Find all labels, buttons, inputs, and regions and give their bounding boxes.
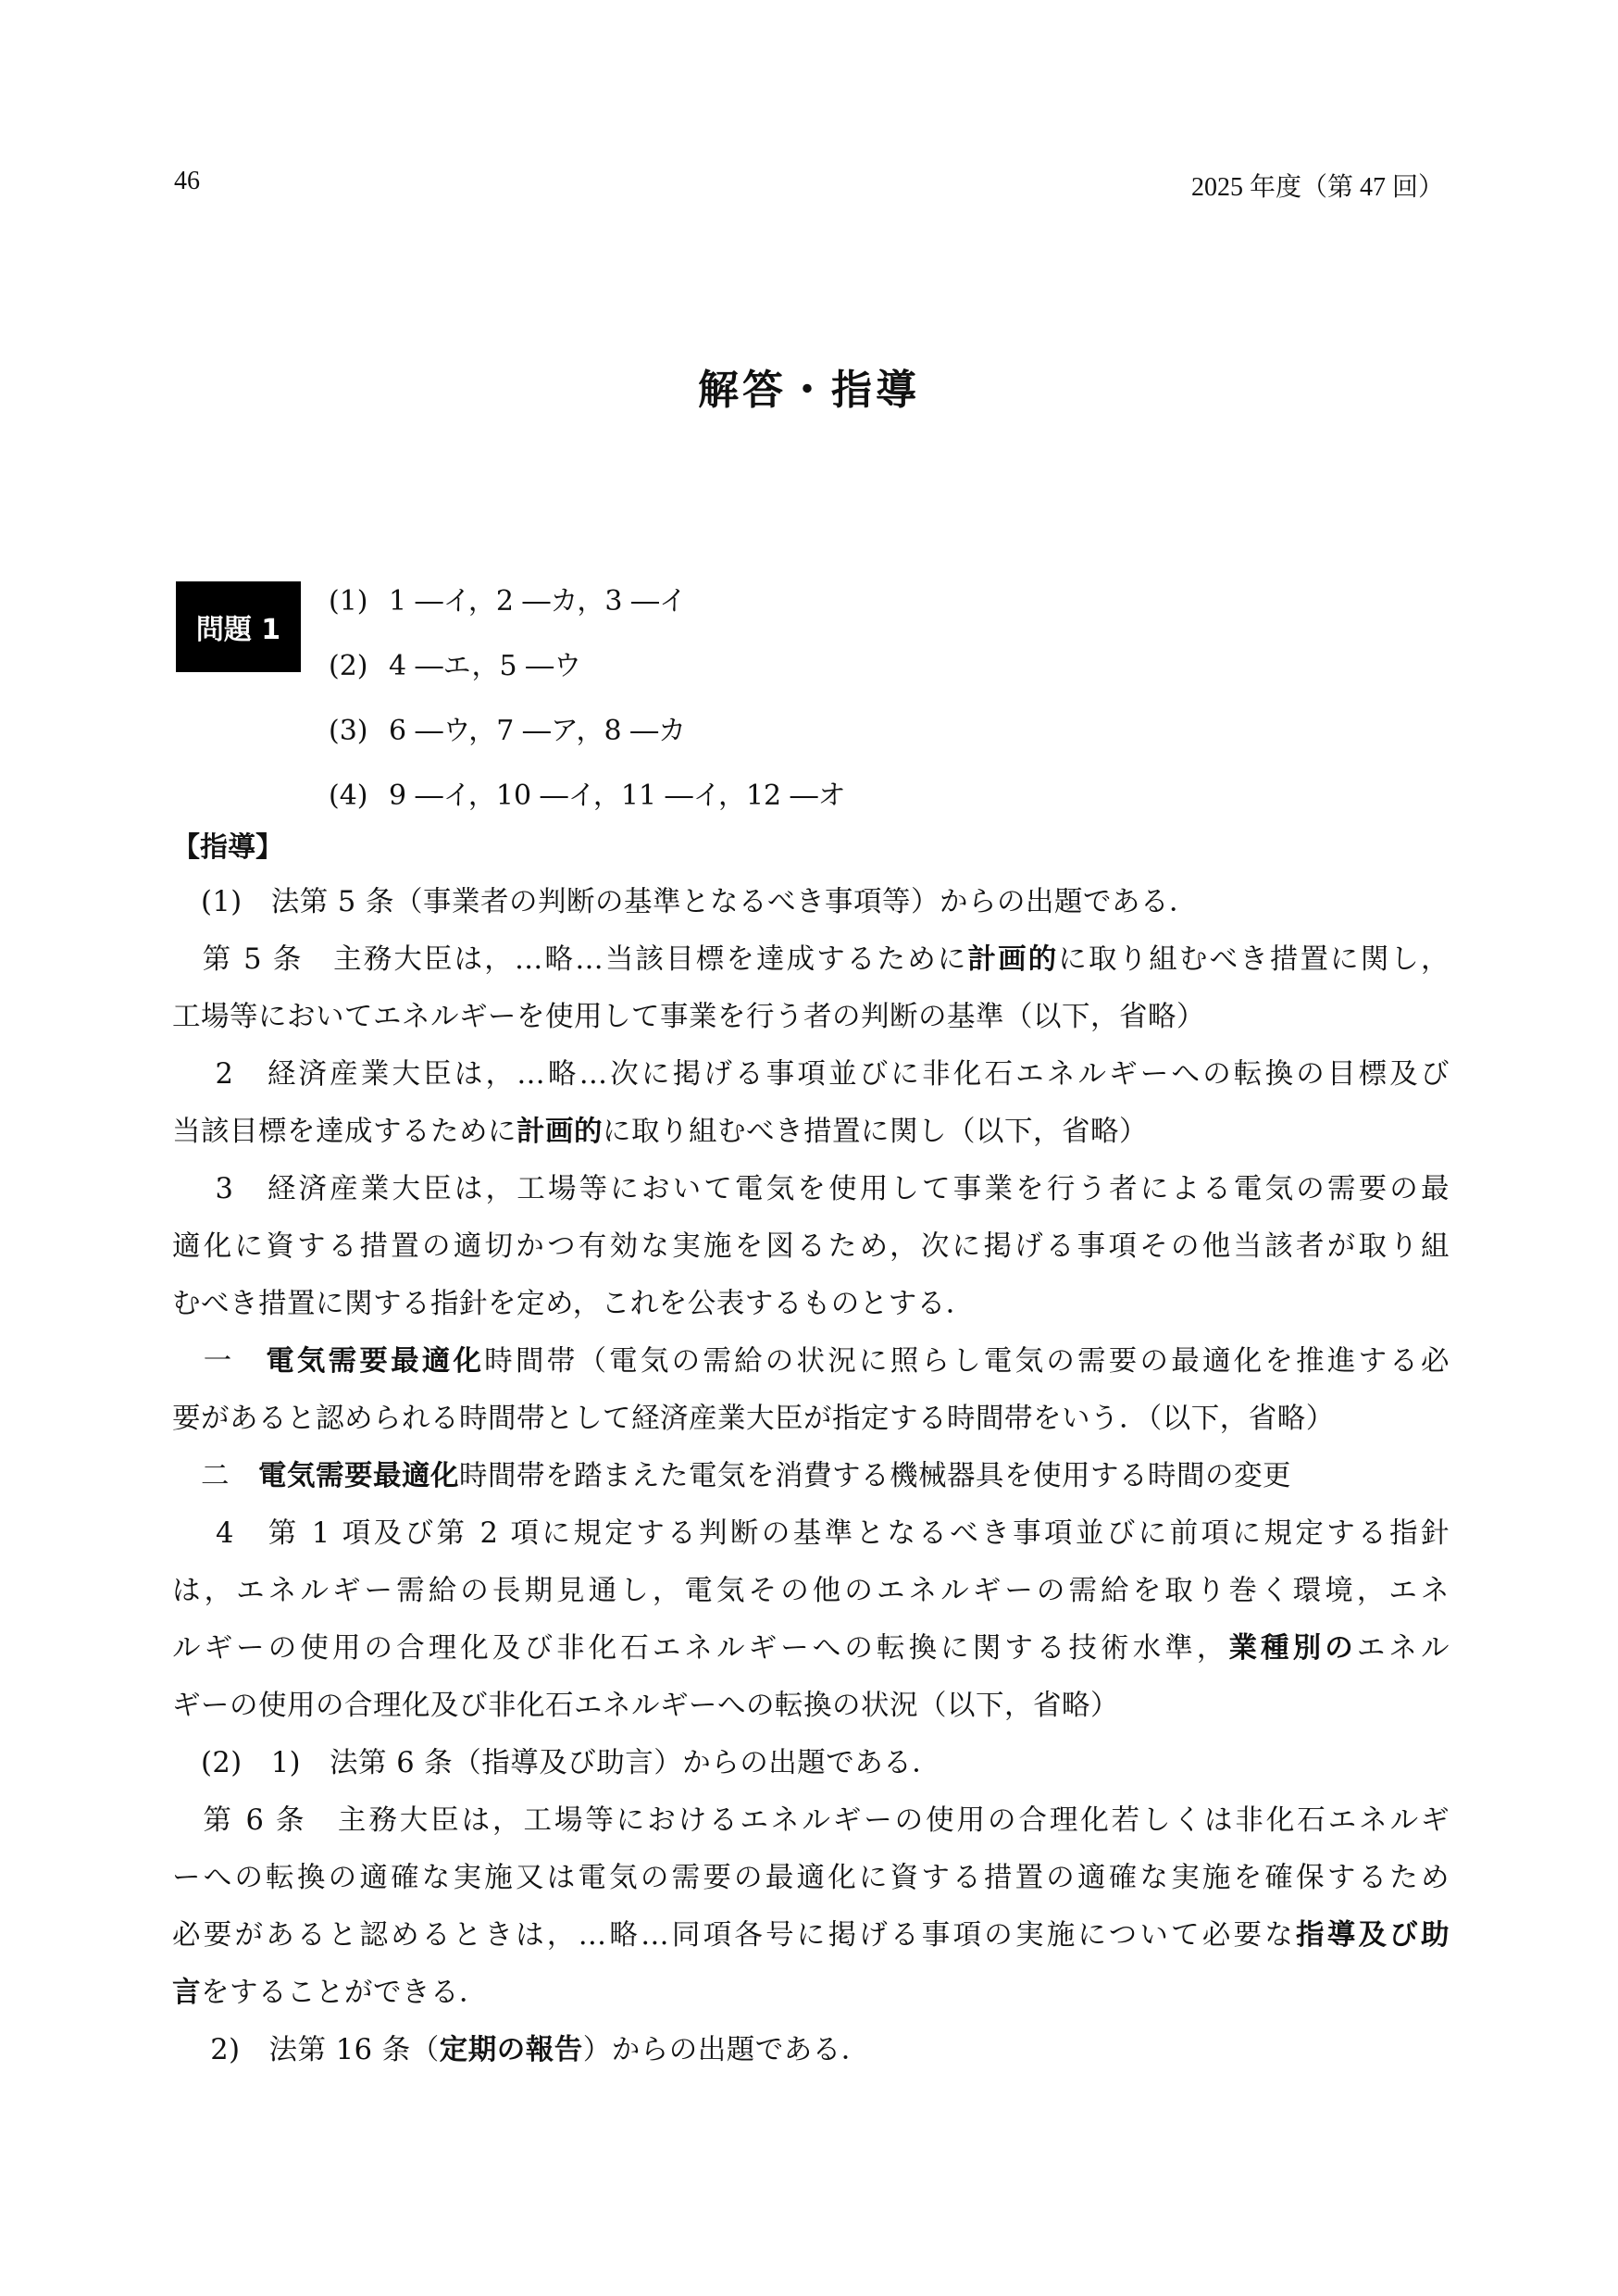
text-line: 工場等においてエネルギーを使用して事業を行う者の判断の基準（以下，省略） [172, 989, 1450, 1046]
text-run: エネル [1357, 1632, 1450, 1665]
text-line: 二 電気需要最適化時間帯を踏まえた電気を消費する機械器具を使用する時間の変更 [172, 1448, 1450, 1505]
text-run: 二 [172, 1460, 258, 1492]
text-run: 適化に資する措置の適切かつ有効な実施を図るため，次に掲げる事項その他当該者が取り… [172, 1230, 1450, 1263]
text-line: 2) 法第 16 条（定期の報告）からの出題である． [172, 2022, 1450, 2079]
emphasized-term: 電気需要最適化 [266, 1345, 484, 1378]
text-line: 3 経済産業大臣は，工場等において電気を使用して事業を行う者による電気の需要の最 [172, 1161, 1450, 1218]
text-run: 工場等においてエネルギーを使用して事業を行う者の判断の基準（以下，省略） [172, 1001, 1205, 1033]
emphasized-term: 計画的 [517, 1116, 603, 1148]
edition-label: 2025 年度（第 47 回） [1191, 167, 1444, 204]
text-line: は，エネルギー需給の長期見通し，電気その他のエネルギーの需給を取り巻く環境，エネ [172, 1563, 1450, 1620]
answer-text: 4 ―エ，5 ―ウ [389, 650, 581, 682]
guidance-heading: 【指導】 [172, 822, 1450, 874]
answer-text: 6 ―ウ，7 ―ア，8 ―カ [389, 715, 686, 747]
text-line: 一 電気需要最適化時間帯（電気の需給の状況に照らし電気の需要の最適化を推進する必 [172, 1333, 1450, 1391]
text-line: 言をすることができる． [172, 1965, 1450, 2022]
text-line: (1) 法第 5 条（事業者の判断の基準となるべき事項等）からの出題である． [172, 874, 1450, 931]
text-run: ルギーの使用の合理化及び非化石エネルギーへの転換に関する技術水準， [172, 1632, 1228, 1665]
emphasized-term: 指導及び助 [1296, 1919, 1450, 1952]
answer-text: 9 ―イ，10 ―イ，11 ―イ，12 ―オ [389, 780, 846, 812]
text-run: 4 第 1 項及び第 2 項に規定する判断の基準となるべき事項並びに前項に規定す… [172, 1517, 1450, 1550]
answer-row: (3)6 ―ウ，7 ―ア，8 ―カ [329, 708, 846, 773]
answer-number: (3) [329, 708, 389, 755]
text-line: 2 経済産業大臣は，…略…次に掲げる事項並びに非化石エネルギーへの転換の目標及び [172, 1046, 1450, 1104]
text-line: むべき措置に関する指針を定め，これを公表するものとする． [172, 1276, 1450, 1333]
answer-row: (2)4 ―エ，5 ―ウ [329, 643, 846, 708]
running-header: 46 2025 年度（第 47 回） [174, 167, 1444, 204]
emphasized-term: 言 [172, 1977, 201, 2009]
text-run: に取り組むべき措置に関し（以下，省略） [603, 1116, 1148, 1148]
text-run: に取り組むべき措置に関し， [1058, 943, 1450, 976]
text-run: 時間帯（電気の需給の状況に照らし電気の需要の最適化を推進する必 [484, 1345, 1450, 1378]
text-run: 必要があると認めるときは，…略…同項各号に掲げる事項の実施について必要な [172, 1919, 1296, 1952]
emphasized-term: 定期の報告 [440, 2034, 583, 2066]
text-line: 必要があると認めるときは，…略…同項各号に掲げる事項の実施について必要な指導及び… [172, 1907, 1450, 1965]
text-run: は，エネルギー需給の長期見通し，電気その他のエネルギーの需給を取り巻く環境，エネ [172, 1575, 1450, 1607]
answer-row: (1)1 ―イ，2 ―カ，3 ―イ [329, 579, 846, 643]
emphasized-term: 電気需要最適化 [258, 1460, 459, 1492]
text-line: ーへの転換の適確な実施又は電気の需要の最適化に資する措置の適確な実施を確保するた… [172, 1850, 1450, 1907]
text-run: 時間帯を踏まえた電気を消費する機械器具を使用する時間の変更 [459, 1460, 1291, 1492]
text-run: (2) 1) 法第 6 条（指導及び助言）からの出題である． [172, 1747, 940, 1779]
text-run: 一 [172, 1345, 266, 1378]
text-line: ギーの使用の合理化及び非化石エネルギーへの転換の状況（以下，省略） [172, 1678, 1450, 1735]
text-run: 2) 法第 16 条（ [172, 2034, 440, 2066]
text-run: をすることができる． [201, 1977, 488, 2009]
emphasized-term: 業種別の [1228, 1632, 1356, 1665]
text-run: ギーの使用の合理化及び非化石エネルギーへの転換の状況（以下，省略） [172, 1690, 1119, 1722]
page-number: 46 [174, 167, 200, 196]
guidance-body: (1) 法第 5 条（事業者の判断の基準となるべき事項等）からの出題である． 第… [172, 874, 1450, 2079]
text-line: 当該目標を達成するために計画的に取り組むべき措置に関し（以下，省略） [172, 1104, 1450, 1161]
answer-text: 1 ―イ，2 ―カ，3 ―イ [389, 585, 687, 618]
answer-number: (4) [329, 773, 389, 819]
page-title: 解答・指導 [0, 356, 1618, 416]
text-line: 第 6 条 主務大臣は，工場等におけるエネルギーの使用の合理化若しくは非化石エネ… [172, 1792, 1450, 1850]
text-line: ルギーの使用の合理化及び非化石エネルギーへの転換に関する技術水準，業種別のエネル [172, 1620, 1450, 1678]
emphasized-term: 計画的 [967, 943, 1058, 976]
answer-number: (2) [329, 643, 389, 690]
text-run: むべき措置に関する指針を定め，これを公表するものとする． [172, 1288, 975, 1320]
text-line: 要があると認められる時間帯として経済産業大臣が指定する時間帯をいう．（以下，省略… [172, 1391, 1450, 1448]
text-run: 当該目標を達成するために [172, 1116, 517, 1148]
text-run: ）からの出題である． [583, 2034, 870, 2066]
answer-list: (1)1 ―イ，2 ―カ，3 ―イ (2)4 ―エ，5 ―ウ (3)6 ―ウ，7… [329, 579, 846, 838]
text-line: 適化に資する措置の適切かつ有効な実施を図るため，次に掲げる事項その他当該者が取り… [172, 1218, 1450, 1276]
answer-number: (1) [329, 579, 389, 625]
text-run: 第 5 条 主務大臣は，…略…当該目標を達成するために [172, 943, 967, 976]
text-line: 第 5 条 主務大臣は，…略…当該目標を達成するために計画的に取り組むべき措置に… [172, 931, 1450, 989]
text-run: ーへの転換の適確な実施又は電気の需要の最適化に資する措置の適確な実施を確保するた… [172, 1862, 1450, 1894]
text-run: 要があると認められる時間帯として経済産業大臣が指定する時間帯をいう．（以下，省略… [172, 1403, 1335, 1435]
guidance-section: 【指導】 (1) 法第 5 条（事業者の判断の基準となるべき事項等）からの出題で… [172, 822, 1450, 2079]
text-run: 第 6 条 主務大臣は，工場等におけるエネルギーの使用の合理化若しくは非化石エネ… [172, 1804, 1450, 1837]
text-run: 2 経済産業大臣は，…略…次に掲げる事項並びに非化石エネルギーへの転換の目標及び [172, 1058, 1450, 1091]
problem-badge: 問題 1 [176, 581, 301, 672]
text-run: 3 経済産業大臣は，工場等において電気を使用して事業を行う者による電気の需要の最 [172, 1173, 1450, 1205]
text-line: (2) 1) 法第 6 条（指導及び助言）からの出題である． [172, 1735, 1450, 1792]
text-line: 4 第 1 項及び第 2 項に規定する判断の基準となるべき事項並びに前項に規定す… [172, 1505, 1450, 1563]
text-run: (1) 法第 5 条（事業者の判断の基準となるべき事項等）からの出題である． [172, 886, 1198, 918]
